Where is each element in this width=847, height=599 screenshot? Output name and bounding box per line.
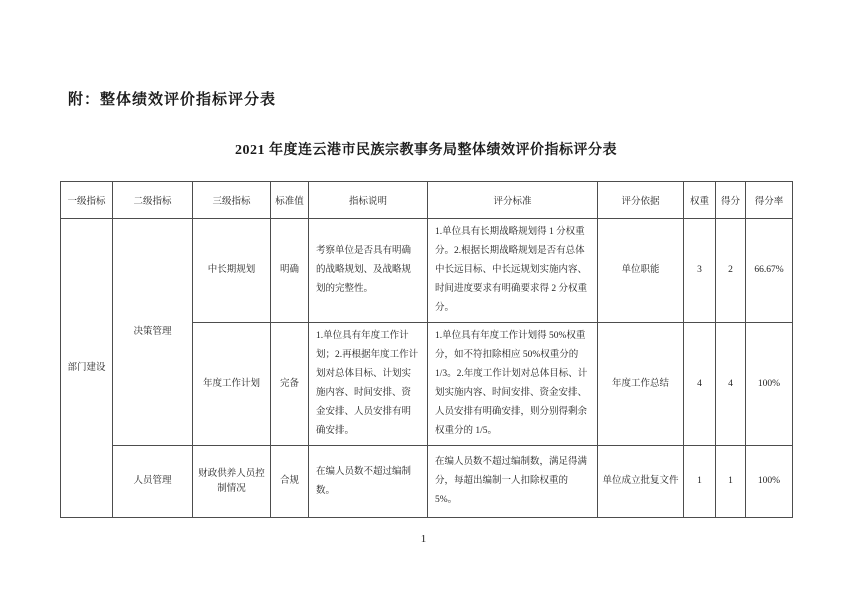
col-header-score-rate: 得分率 — [746, 182, 793, 219]
col-header-level2-indicator: 二级指标 — [113, 182, 193, 219]
cell-standard-value: 完备 — [271, 323, 309, 446]
cell-standard-value: 合规 — [271, 446, 309, 518]
cell-level1-indicator: 部门建设 — [61, 219, 113, 518]
table-row: 部门建设 决策管理 中长期规划 明确 考察单位是否具有明确的战略规划、及战略规划… — [61, 219, 793, 323]
document-page: 附：整体绩效评价指标评分表 2021 年度连云港市民族宗教事务局整体绩效评价指标… — [0, 0, 847, 599]
cell-scoring-criteria: 1.单位具有长期战略规划得 1 分权重分。2.根据长期战略规划是否有总体中长远目… — [428, 219, 598, 323]
cell-score: 4 — [716, 323, 746, 446]
cell-level2-indicator: 人员管理 — [113, 446, 193, 518]
cell-indicator-description: 在编人员数不超过编制数。 — [309, 446, 428, 518]
cell-weight: 4 — [684, 323, 716, 446]
col-header-score: 得分 — [716, 182, 746, 219]
cell-level3-indicator: 中长期规划 — [193, 219, 271, 323]
cell-score-rate: 100% — [746, 323, 793, 446]
col-header-weight: 权重 — [684, 182, 716, 219]
score-table: 一级指标 二级指标 三级指标 标准值 指标说明 评分标准 评分依据 权重 得分 … — [60, 181, 793, 518]
cell-score: 1 — [716, 446, 746, 518]
col-header-level3-indicator: 三级指标 — [193, 182, 271, 219]
cell-scoring-criteria: 1.单位具有年度工作计划得 50%权重分，如不符扣除相应 50%权重分的 1/3… — [428, 323, 598, 446]
table-header-row: 一级指标 二级指标 三级指标 标准值 指标说明 评分标准 评分依据 权重 得分 … — [61, 182, 793, 219]
cell-scoring-basis: 单位职能 — [598, 219, 684, 323]
cell-score-rate: 100% — [746, 446, 793, 518]
cell-weight: 3 — [684, 219, 716, 323]
cell-weight: 1 — [684, 446, 716, 518]
table-title: 2021 年度连云港市民族宗教事务局整体绩效评价指标评分表 — [0, 139, 847, 159]
cell-scoring-criteria: 在编人员数不超过编制数，满足得满分，每超出编制一人扣除权重的 5%。 — [428, 446, 598, 518]
col-header-scoring-criteria: 评分标准 — [428, 182, 598, 219]
col-header-scoring-basis: 评分依据 — [598, 182, 684, 219]
cell-level3-indicator: 年度工作计划 — [193, 323, 271, 446]
cell-indicator-description: 考察单位是否具有明确的战略规划、及战略规划的完整性。 — [309, 219, 428, 323]
cell-level2-indicator: 决策管理 — [113, 219, 193, 446]
table-row: 人员管理 财政供养人员控制情况 合规 在编人员数不超过编制数。 在编人员数不超过… — [61, 446, 793, 518]
col-header-level1-indicator: 一级指标 — [61, 182, 113, 219]
cell-scoring-basis: 年度工作总结 — [598, 323, 684, 446]
cell-score-rate: 66.67% — [746, 219, 793, 323]
attachment-heading: 附：整体绩效评价指标评分表 — [68, 88, 276, 109]
cell-standard-value: 明确 — [271, 219, 309, 323]
cell-level3-indicator: 财政供养人员控制情况 — [193, 446, 271, 518]
cell-scoring-basis: 单位成立批复文件 — [598, 446, 684, 518]
cell-score: 2 — [716, 219, 746, 323]
col-header-standard-value: 标准值 — [271, 182, 309, 219]
page-number: 1 — [0, 533, 847, 545]
col-header-indicator-description: 指标说明 — [309, 182, 428, 219]
cell-indicator-description: 1.单位具有年度工作计划；2.再根据年度工作计划对总体目标、计划实施内容、时间安… — [309, 323, 428, 446]
